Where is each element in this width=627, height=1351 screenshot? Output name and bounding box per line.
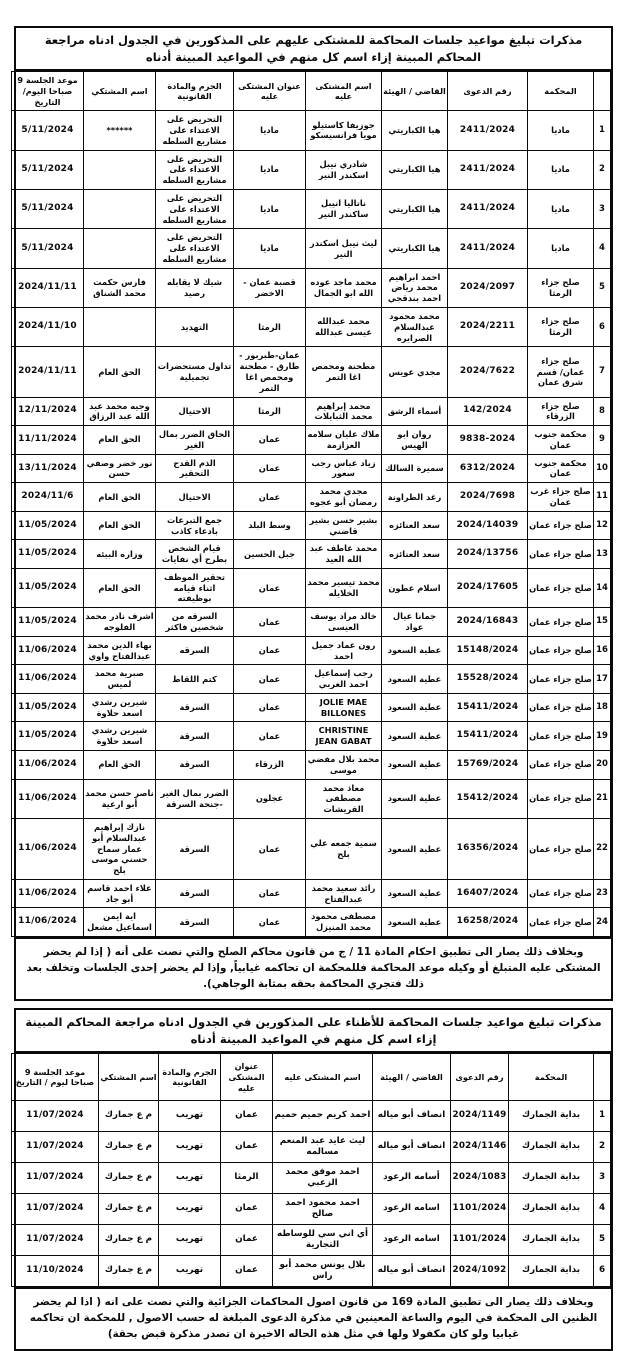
cell-judge: هيا الكباريتي [382,111,448,150]
cell-defendant: رائد سعيد محمد عبدالفتاح [306,879,382,908]
column-header: المحكمة [509,1054,594,1101]
cell-num: 12 [594,511,611,540]
table-row: 19صلح جزاء عمان15411/2024عطية السعودCHRI… [12,722,611,751]
table-2-header-row: المحكمةرقم الدعوىالقاضي / الهيئةاسم المش… [12,1054,611,1101]
cell-defendant: محمد بلال مفضي موسى [306,751,382,780]
cell-case: 2024/14039 [448,511,528,540]
column-header: موعد الجلسة 9 صباحا اليوم/التاريخ [12,72,84,111]
cell-judge: هيا الكباريتي [382,150,448,189]
cell-judge: عطية السعود [382,818,448,879]
cell-address: ماديا [234,190,306,229]
cell-court: صلح جزاء عمان [528,908,594,937]
cell-complainant: نور خضر وصفي حسن [84,454,156,483]
cell-case: 15412/2024 [448,779,528,818]
cell-address: الزرقاء [234,751,306,780]
cell-judge: انصاف أبو مياله [373,1132,451,1163]
cell-court: بداية الجمارك [509,1132,594,1163]
cell-address: عمان [234,483,306,512]
document-page: مذكرات تبليغ مواعيد جلسات المحاكمة للمشت… [14,0,613,1351]
cell-court: صلح جزاء الرمثا [528,268,594,307]
cell-court: صلح جزاء عمان [528,665,594,694]
cell-date: 5/11/2024 [12,150,84,189]
cell-defendant: أي اني سي للوساطه التجارية [273,1225,373,1256]
cell-num: 7 [594,347,611,397]
cell-court: بداية الجمارك [509,1163,594,1194]
cell-judge: أسماء الرشق [382,397,448,426]
cell-num: 11 [594,483,611,512]
cell-address: عمان [234,818,306,879]
cell-judge: سعد العنائزه [382,511,448,540]
cell-defendant: رون عماد جميل احمد [306,636,382,665]
cell-court: ماديا [528,150,594,189]
table-row: 2ماديا2411/2024هيا الكباريتيشادري نيبل ا… [12,150,611,189]
cell-judge: جمانا عيال عواد [382,608,448,637]
cell-complainant: الحق العام [84,426,156,455]
cell-case: 2024/16843 [448,608,528,637]
cell-date: 11/05/2024 [12,540,84,569]
cell-crime: تهريب [159,1256,221,1287]
cell-complainant: شيرين رشدي اسعد حلاوة [84,722,156,751]
cell-complainant: نازك إبراهيم عبدالسلام أبو عمار سماح حسن… [84,818,156,879]
table-row: 12صلح جزاء عمان2024/14039سعد العنائزهبشي… [12,511,611,540]
table-row: 8صلح جزاء الزرقاء142/2024أسماء الرشقمحمد… [12,397,611,426]
table-2-body: 1بداية الجمارك2024/1149انصاف أبو ميالهاح… [12,1101,611,1287]
cell-date: 11/06/2024 [12,751,84,780]
cell-num: 21 [594,779,611,818]
column-header: موعد الجلسة 9 صباحا ليوم / التاريخ [12,1054,99,1101]
cell-court: بداية الجمارك [509,1101,594,1132]
cell-court: ماديا [528,111,594,150]
table-row: 4بداية الجمارك1101/2024اسامه الرعوداحمد … [12,1194,611,1225]
table-row: 4ماديا2411/2024هيا الكباريتيليث نيبل اسك… [12,229,611,268]
cell-judge: روان ابو الهيس [382,426,448,455]
cell-court: بداية الجمارك [509,1225,594,1256]
cell-crime: التحريض على الاعتداء على مشاريع السلطه [156,111,234,150]
cell-judge: عطية السعود [382,779,448,818]
section-divider [14,1001,613,1008]
cell-num: 15 [594,608,611,637]
cell-crime: السرقة [156,879,234,908]
section-1-title: مذكرات تبليغ مواعيد جلسات المحاكمة للمشت… [16,28,611,71]
cell-complainant: م ع جمارك [99,1132,159,1163]
cell-judge: احمد ابراهيم محمد رياض احمد بندقجي [382,268,448,307]
cell-crime: السرقة [156,693,234,722]
cell-crime: الذم القدح التحقير [156,454,234,483]
cell-num: 3 [594,1163,611,1194]
cell-complainant: اشرف نادر محمد الفلوجه [84,608,156,637]
cell-num: 6 [594,308,611,347]
cell-judge: اسامه الرعود [373,1225,451,1256]
cell-case: 2024/2097 [448,268,528,307]
column-header: القاضي / الهيئة [382,72,448,111]
cell-court: محكمة جنوب عمان [528,426,594,455]
cell-court: صلح جزاء عمان [528,779,594,818]
cell-crime: التحريض على الاعتداء على مشاريع السلطه [156,229,234,268]
cell-judge: انصاف أبو مياله [373,1256,451,1287]
cell-date: 11/06/2024 [12,636,84,665]
cell-date: 2024/11/11 [12,268,84,307]
cell-crime: تهريب [159,1194,221,1225]
cell-num: 20 [594,751,611,780]
cell-defendant: سمية جمعه علي بلح [306,818,382,879]
table-row: 15صلح جزاء عمان2024/16843جمانا عيال عواد… [12,608,611,637]
cell-court: صلح جزاء الرمثا [528,308,594,347]
cell-date: 11/05/2024 [12,511,84,540]
cell-address: عمان [234,908,306,937]
cell-address: عمان [221,1256,273,1287]
cell-num: 1 [594,1101,611,1132]
cell-date: 11/07/2024 [12,1194,99,1225]
cell-case: 2411/2024 [448,190,528,229]
cell-defendant: رجب إسماعيل احمد الغربي [306,665,382,694]
table-row: 10محكمة جنوب عمان6312/2024سميرة السالكزي… [12,454,611,483]
cell-num: 6 [594,1256,611,1287]
cell-address: قصبة عمان - الاخضر [234,268,306,307]
cell-crime: الاحتيال [156,483,234,512]
cell-defendant: مصطفى محمود محمد المنيزل [306,908,382,937]
cell-complainant: علاء احمد قاسم أبو جاد [84,879,156,908]
cell-judge: محمد محمود عبدالسلام الصرايره [382,308,448,347]
cell-court: ماديا [528,229,594,268]
cell-num: 5 [594,268,611,307]
table-row: 18صلح جزاء عمان15411/2024عطية السعودJOLI… [12,693,611,722]
cell-num: 1 [594,111,611,150]
table-row: 16صلح جزاء عمان15148/2024عطية السعودرون … [12,636,611,665]
cell-date: 11/07/2024 [12,1225,99,1256]
cell-date: 13/11/2024 [12,454,84,483]
cell-case: 2024/1146 [451,1132,509,1163]
cell-case: 2024/1083 [451,1163,509,1194]
cell-court: صلح جزاء عمان [528,751,594,780]
cell-date: 2024/11/6 [12,483,84,512]
cell-date: 11/05/2024 [12,568,84,607]
table-row: 17صلح جزاء عمان15528/2024عطية السعودرجب … [12,665,611,694]
cell-court: محكمة جنوب عمان [528,454,594,483]
cell-address: عمان [234,665,306,694]
cell-case: 142/2024 [448,397,528,426]
cell-defendant: محمد إبراهيم محمد الثبايلات [306,397,382,426]
cell-date: 11/05/2024 [12,608,84,637]
cell-defendant: ناتاليا انيبل ساكندر النير [306,190,382,229]
table-row: 13صلح جزاء عمان2024/13756سعد العنائزهمحم… [12,540,611,569]
table-row: 6صلح جزاء الرمثا2024/2211محمد محمود عبدا… [12,308,611,347]
cell-court: صلح جزاء عمان [528,722,594,751]
cell-address: عمان [234,426,306,455]
cell-crime: السرقة [156,722,234,751]
cell-judge: عطية السعود [382,751,448,780]
column-header: الجرم والمادة القانونية [156,72,234,111]
cell-defendant: مطحنة ومحمص اغا التمر [306,347,382,397]
cell-num: 16 [594,636,611,665]
cell-court: صلح جزاء عمان [528,636,594,665]
section-2-title: مذكرات تبليغ مواعيد جلسات المحاكمة للأظن… [16,1010,611,1053]
cell-case: 2024/17605 [448,568,528,607]
cell-complainant: شيرين رشدي اسعد حلاوة [84,693,156,722]
cell-address: عمان [234,608,306,637]
cell-complainant: الحق العام [84,568,156,607]
cell-crime: جمع التبرعات بادعاء كاذب [156,511,234,540]
cell-num: 17 [594,665,611,694]
cell-crime: قيام الشخص بطرح أي نفايات [156,540,234,569]
cell-complainant: م ع جمارك [99,1225,159,1256]
cell-defendant: بشير حسن بشير قاضني [306,511,382,540]
cell-crime: الضرر بمال الغير -جنحة السرقة [156,779,234,818]
cell-defendant: شادري نيبل اسكندر النير [306,150,382,189]
cell-judge: عطية السعود [382,879,448,908]
cell-complainant: بهاء الدين محمد عبدالفتاح واوي [84,636,156,665]
cell-complainant [84,190,156,229]
column-header: اسم المشتكى عليه [306,72,382,111]
table-row: 11صلح جزاء غرب عمان2024/7698رغد الطراونة… [12,483,611,512]
table-row: 3ماديا2411/2024هيا الكباريتيناتاليا انيب… [12,190,611,229]
column-header: اسم المشتكى عليه [273,1054,373,1101]
cell-complainant [84,229,156,268]
section-2-legal-note: وبخلاف ذلك يصار الى تطبيق المادة 169 من … [16,1287,611,1349]
cell-address: ماديا [234,229,306,268]
cell-judge: عطية السعود [382,722,448,751]
cell-crime: تهريب [159,1163,221,1194]
cell-case: 9838-2024 [448,426,528,455]
cell-judge: انصاف أبو مياله [373,1101,451,1132]
cell-crime: التحريض على الاعتداء على مشاريع السلطه [156,190,234,229]
cell-complainant: م ع جمارك [99,1101,159,1132]
cell-num: 2 [594,150,611,189]
cell-address: عمان [234,454,306,483]
cell-court: صلح جزاء عمان [528,511,594,540]
cell-date: 11/05/2024 [12,722,84,751]
cell-crime: الحاق الضرر بمال الغير [156,426,234,455]
cell-case: 16356/2024 [448,818,528,879]
cell-judge: سعد العنائزه [382,540,448,569]
cell-address: الرمثا [234,308,306,347]
table-row: 3بداية الجمارك2024/1083أسامه الرعوداحمد … [12,1163,611,1194]
cell-address: عمان [234,722,306,751]
cell-case: 6312/2024 [448,454,528,483]
column-header: القاضي / الهيئة [373,1054,451,1101]
row-number-header [594,72,611,111]
cell-defendant: زياد عباس رجب سعور [306,454,382,483]
cell-num: 19 [594,722,611,751]
cell-defendant: ليث عايد عبد المنعم مسالمه [273,1132,373,1163]
cell-defendant: احمد محمود احمد صالح [273,1194,373,1225]
cell-num: 2 [594,1132,611,1163]
cell-defendant: محمد تيسير محمد الخلايله [306,568,382,607]
cell-case: 15769/2024 [448,751,528,780]
cell-num: 5 [594,1225,611,1256]
cell-court: صلح جزاء الزرقاء [528,397,594,426]
cell-date: 11/07/2024 [12,1163,99,1194]
column-header: المحكمة [528,72,594,111]
cell-case: 2024/7622 [448,347,528,397]
hearings-table-1: المحكمةرقم الدعوىالقاضي / الهيئةاسم المش… [11,71,611,937]
cell-date: 5/11/2024 [12,190,84,229]
cell-defendant: JOLIE MAE BILLONES [306,693,382,722]
cell-crime: السرقة [156,818,234,879]
table-row: 21صلح جزاء عمان15412/2024عطية السعودمعاذ… [12,779,611,818]
cell-judge: مجدي عويس [382,347,448,397]
cell-num: 3 [594,190,611,229]
cell-defendant: ملاك عليان سلامه العزازمة [306,426,382,455]
cell-court: صلح جزاء عمان [528,693,594,722]
cell-address: ماديا [234,111,306,150]
cell-date: 11/11/2024 [12,426,84,455]
cell-num: 8 [594,397,611,426]
cell-address: ماديا [234,150,306,189]
cell-crime: السرقه [156,636,234,665]
cell-defendant: محمد ماجد عوده الله ابو الجمال [306,268,382,307]
cell-court: صلح جزاء عمان/ قسم شرق عمان [528,347,594,397]
section-suspects: مذكرات تبليغ مواعيد جلسات المحاكمة للأظن… [14,1008,613,1351]
column-header: عنوان المشتكى عليه [234,72,306,111]
cell-complainant [84,308,156,347]
cell-court: صلح جزاء عمان [528,818,594,879]
cell-judge: رغد الطراونة [382,483,448,512]
cell-address: الرمثا [221,1163,273,1194]
cell-case: 15411/2024 [448,693,528,722]
cell-address: عمان [221,1101,273,1132]
cell-date: 11/06/2024 [12,908,84,937]
column-header: الجرم والمادة القانونية [159,1054,221,1101]
cell-case: 15148/2024 [448,636,528,665]
cell-crime: تداول مستحضرات تجميلية [156,347,234,397]
cell-defendant: احمد كريم حميم حميم [273,1101,373,1132]
cell-date: 2024/11/11 [12,347,84,397]
cell-defendant: محمد عاطف عبد الله العيد [306,540,382,569]
cell-crime: السرقه من شخصين فاكثر [156,608,234,637]
cell-crime: شيك لا يقابله رصيد [156,268,234,307]
cell-judge: عطية السعود [382,636,448,665]
cell-address: عمان [234,568,306,607]
cell-judge: اسلام عطون [382,568,448,607]
cell-crime: تحقير الموظف اثناء قيامه بوظيفته [156,568,234,607]
cell-court: صلح جزاء عمان [528,879,594,908]
cell-date: 5/11/2024 [12,229,84,268]
cell-address: عجلون [234,779,306,818]
cell-case: 2024/13756 [448,540,528,569]
cell-address: عمان [221,1225,273,1256]
cell-crime: تهريب [159,1225,221,1256]
cell-complainant: اية ايمن اسماعيل مشعل [84,908,156,937]
table-row: 5بداية الجمارك1101/2024اسامه الرعودأي ان… [12,1225,611,1256]
cell-date: 11/05/2024 [12,693,84,722]
table-row: 1بداية الجمارك2024/1149انصاف أبو ميالهاح… [12,1101,611,1132]
cell-case: 1101/2024 [451,1194,509,1225]
cell-date: 11/06/2024 [12,779,84,818]
cell-num: 4 [594,229,611,268]
cell-judge: سميرة السالك [382,454,448,483]
table-row: 5صلح جزاء الرمثا2024/2097احمد ابراهيم مح… [12,268,611,307]
cell-address: عمان [234,636,306,665]
cell-date: 11/06/2024 [12,665,84,694]
cell-judge: عطية السعود [382,908,448,937]
cell-judge: عطية السعود [382,693,448,722]
cell-date: 5/11/2024 [12,111,84,150]
cell-complainant: صبرية محمد لميس [84,665,156,694]
cell-court: ماديا [528,190,594,229]
cell-complainant: وزاره البيئه [84,540,156,569]
cell-date: 11/06/2024 [12,818,84,879]
cell-address: عمان [234,693,306,722]
cell-case: 2411/2024 [448,229,528,268]
cell-num: 14 [594,568,611,607]
column-header: رقم الدعوى [448,72,528,111]
cell-complainant: ****** [84,111,156,150]
table-1-header-row: المحكمةرقم الدعوىالقاضي / الهيئةاسم المش… [12,72,611,111]
cell-court: بداية الجمارك [509,1256,594,1287]
cell-num: 4 [594,1194,611,1225]
cell-judge: عطية السعود [382,665,448,694]
cell-crime: كتم اللقاط [156,665,234,694]
cell-date: 2024/11/10 [12,308,84,347]
cell-address: وسط البلد [234,511,306,540]
cell-defendant: محمد عبدالله عيسى عبدالله [306,308,382,347]
cell-court: صلح جزاء غرب عمان [528,483,594,512]
table-row: 6بداية الجمارك2024/1092انصاف أبو ميالهبل… [12,1256,611,1287]
row-number-header [594,1054,611,1101]
table-row: 14صلح جزاء عمان2024/17605اسلام عطونمحمد … [12,568,611,607]
section-defendants: مذكرات تبليغ مواعيد جلسات المحاكمة للمشت… [14,26,613,1001]
cell-defendant: معاذ محمد مصطفى القريشات [306,779,382,818]
cell-complainant: الحق العام [84,347,156,397]
table-1-body: 1ماديا2411/2024هيا الكباريتيجوزيفا كاستي… [12,111,611,937]
table-row: 2بداية الجمارك2024/1146انصاف أبو ميالهلي… [12,1132,611,1163]
cell-crime: التهديد [156,308,234,347]
cell-date: 11/07/2024 [12,1101,99,1132]
cell-defendant: ليث نيبل اسكندر النير [306,229,382,268]
cell-complainant: الحق العام [84,511,156,540]
cell-crime: السرقة [156,751,234,780]
cell-case: 2024/1149 [451,1101,509,1132]
cell-case: 2411/2024 [448,150,528,189]
cell-num: 10 [594,454,611,483]
cell-judge: هيا الكباريتي [382,229,448,268]
cell-case: 16407/2024 [448,879,528,908]
table-row: 24صلح جزاء عمان16258/2024عطية السعودمصطف… [12,908,611,937]
cell-crime: تهريب [159,1101,221,1132]
section-1-legal-note: وبخلاف ذلك يصار الى تطبيق احكام المادة 1… [16,937,611,999]
cell-court: صلح جزاء عمان [528,568,594,607]
table-row: 20صلح جزاء عمان15769/2024عطية السعودمحمد… [12,751,611,780]
cell-case: 2024/1092 [451,1256,509,1287]
cell-complainant: وجيه محمد عبد الله عبد الرزاق [84,397,156,426]
hearings-table-2: المحكمةرقم الدعوىالقاضي / الهيئةاسم المش… [11,1053,611,1287]
table-row: 22صلح جزاء عمان16356/2024عطية السعودسمية… [12,818,611,879]
cell-address: عمان [221,1194,273,1225]
cell-address: عمان [234,879,306,908]
cell-address: جبل الحسين [234,540,306,569]
cell-case: 2024/7698 [448,483,528,512]
cell-num: 24 [594,908,611,937]
cell-court: صلح جزاء عمان [528,608,594,637]
column-header: رقم الدعوى [451,1054,509,1101]
cell-complainant: الحق العام [84,751,156,780]
table-row: 23صلح جزاء عمان16407/2024عطية السعودرائد… [12,879,611,908]
cell-case: 1101/2024 [451,1225,509,1256]
cell-complainant [84,150,156,189]
cell-case: 16258/2024 [448,908,528,937]
table-row: 7صلح جزاء عمان/ قسم شرق عمان2024/7622مجد… [12,347,611,397]
cell-court: صلح جزاء عمان [528,540,594,569]
column-header: عنوان المشتكى عليه [221,1054,273,1101]
column-header: اسم المشتكي [99,1054,159,1101]
table-row: 1ماديا2411/2024هيا الكباريتيجوزيفا كاستي… [12,111,611,150]
cell-crime: تهريب [159,1132,221,1163]
cell-defendant: CHRISTINE JEAN GABAT [306,722,382,751]
cell-case: 15528/2024 [448,665,528,694]
cell-address: الرمثا [234,397,306,426]
cell-case: 2411/2024 [448,111,528,150]
cell-address: عمان-طبربور - طارق - مطحنة ومحمص اغا الت… [234,347,306,397]
